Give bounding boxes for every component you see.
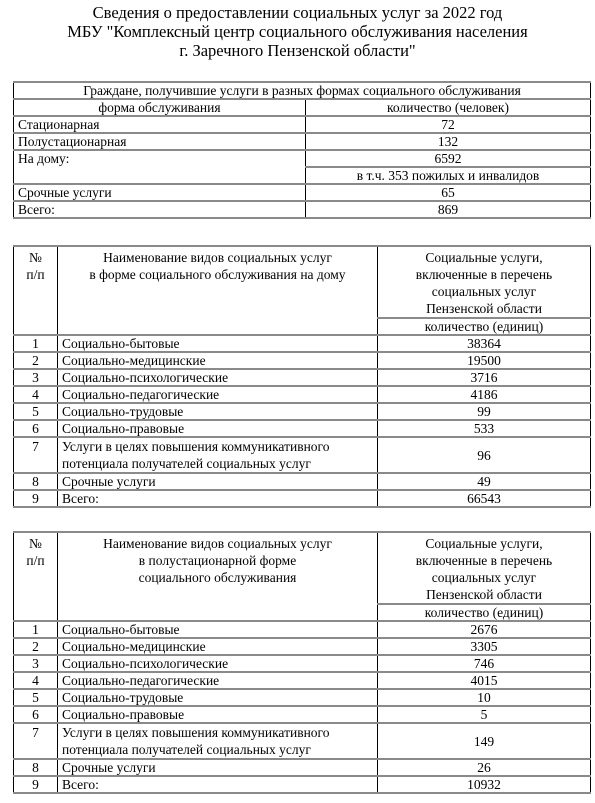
table-row: 1Социально-бытовые2676 bbox=[14, 621, 591, 638]
table-total-row: Всего: 869 bbox=[14, 201, 591, 218]
row-number-cell: 7 bbox=[14, 437, 58, 473]
service-name-cell: Социально-педагогические bbox=[58, 672, 378, 689]
column-header-service-name: Наименование видов социальных услуг в фо… bbox=[58, 246, 378, 335]
service-count-cell: 5 bbox=[378, 706, 591, 723]
service-name-cell: Социально-психологические bbox=[58, 655, 378, 672]
service-name-cell: Социально-правовые bbox=[58, 706, 378, 723]
service-count-cell: 533 bbox=[378, 420, 591, 437]
service-name-cell: Срочные услуги bbox=[58, 473, 378, 490]
title-line-3: г. Заречного Пензенской области" bbox=[0, 41, 595, 60]
row-number-cell: 3 bbox=[14, 655, 58, 672]
table-row: 4Социально-педагогические4015 bbox=[14, 672, 591, 689]
table-header-row: форма обслуживания количество (человек) bbox=[14, 99, 591, 116]
row-number-cell: 7 bbox=[14, 723, 58, 759]
table-header-row: № п/п Наименование видов социальных услу… bbox=[14, 532, 591, 604]
row-number-cell: 6 bbox=[14, 706, 58, 723]
service-count-cell: 49 bbox=[378, 473, 591, 490]
table-row: 3Социально-психологические3716 bbox=[14, 369, 591, 386]
form-cell: Полустационарная bbox=[14, 133, 306, 150]
service-name-cell: Социально-трудовые bbox=[58, 403, 378, 420]
service-count-cell: 746 bbox=[378, 655, 591, 672]
table-row: 2Социально-медицинские3305 bbox=[14, 638, 591, 655]
table-body: 1Социально-бытовые383642Социально-медици… bbox=[14, 335, 591, 507]
table-row: 8Срочные услуги26 bbox=[14, 759, 591, 776]
service-name-cell: Социально-бытовые bbox=[58, 621, 378, 638]
row-number-cell: 8 bbox=[14, 473, 58, 490]
table-row: Полустационарная 132 bbox=[14, 133, 591, 150]
form-cell: На дому: bbox=[14, 150, 306, 184]
service-name-cell: Социально-медицинские bbox=[58, 638, 378, 655]
table-row: 5Социально-трудовые10 bbox=[14, 689, 591, 706]
service-count-cell: 149 bbox=[378, 723, 591, 759]
row-number-cell: 8 bbox=[14, 759, 58, 776]
service-count-cell: 38364 bbox=[378, 335, 591, 352]
column-header-form: форма обслуживания bbox=[14, 99, 306, 116]
table-row: На дому: 6592 bbox=[14, 150, 591, 167]
row-number-cell: 1 bbox=[14, 621, 58, 638]
column-header-number: № п/п bbox=[14, 246, 58, 335]
column-header-units: количество (единиц) bbox=[378, 318, 591, 335]
service-name-cell: Социально-медицинские bbox=[58, 352, 378, 369]
service-name-cell: Социально-психологические bbox=[58, 369, 378, 386]
table-caption-row: Граждане, получившие услуги в разных фор… bbox=[14, 82, 591, 99]
service-count-cell: 10 bbox=[378, 689, 591, 706]
table-row: Срочные услуги 65 bbox=[14, 184, 591, 201]
service-count-cell: 96 bbox=[378, 437, 591, 473]
home-services-table: № п/п Наименование видов социальных услу… bbox=[13, 245, 591, 508]
service-count-cell: 4186 bbox=[378, 386, 591, 403]
service-count-cell: 26 bbox=[378, 759, 591, 776]
service-count-cell: 2676 bbox=[378, 621, 591, 638]
row-number-cell: 3 bbox=[14, 369, 58, 386]
row-number-cell: 9 bbox=[14, 776, 58, 793]
service-count-cell: 66543 bbox=[378, 490, 591, 507]
service-name-cell: Социально-правовые bbox=[58, 420, 378, 437]
row-number-cell: 4 bbox=[14, 386, 58, 403]
column-header-units: количество (единиц) bbox=[378, 604, 591, 621]
service-count-cell: 4015 bbox=[378, 672, 591, 689]
service-count-cell: 3305 bbox=[378, 638, 591, 655]
count-note-cell: в т.ч. 353 пожилых и инвалидов bbox=[306, 167, 591, 184]
table-row: 5Социально-трудовые99 bbox=[14, 403, 591, 420]
service-name-cell: Социально-педагогические bbox=[58, 386, 378, 403]
form-cell: Срочные услуги bbox=[14, 184, 306, 201]
count-cell: 65 bbox=[306, 184, 591, 201]
service-name-cell: Всего: bbox=[58, 776, 378, 793]
service-name-cell: Срочные услуги bbox=[58, 759, 378, 776]
table-total-row: 9Всего:66543 bbox=[14, 490, 591, 507]
service-count-cell: 99 bbox=[378, 403, 591, 420]
table-row: 4Социально-педагогические4186 bbox=[14, 386, 591, 403]
count-cell: 72 bbox=[306, 116, 591, 133]
service-count-cell: 10932 bbox=[378, 776, 591, 793]
table-row: 6Социально-правовые5 bbox=[14, 706, 591, 723]
column-header-services: Социальные услуги, включенные в перечень… bbox=[378, 532, 591, 604]
count-cell: 6592 bbox=[306, 150, 591, 167]
citizens-by-form-table: Граждане, получившие услуги в разных фор… bbox=[13, 81, 591, 219]
row-number-cell: 5 bbox=[14, 689, 58, 706]
row-number-cell: 2 bbox=[14, 638, 58, 655]
form-cell: Стационарная bbox=[14, 116, 306, 133]
title-line-2: МБУ "Комплексный центр социального обслу… bbox=[0, 22, 595, 41]
count-cell: 869 bbox=[306, 201, 591, 218]
service-name-cell: Социально-бытовые bbox=[58, 335, 378, 352]
service-count-cell: 19500 bbox=[378, 352, 591, 369]
semistationary-services-table: № п/п Наименование видов социальных услу… bbox=[13, 531, 591, 794]
column-header-count: количество (человек) bbox=[306, 99, 591, 116]
table-body: 1Социально-бытовые26762Социально-медицин… bbox=[14, 621, 591, 793]
table-header-row: № п/п Наименование видов социальных услу… bbox=[14, 246, 591, 318]
table-row: 6Социально-правовые533 bbox=[14, 420, 591, 437]
row-number-cell: 9 bbox=[14, 490, 58, 507]
service-name-cell: Всего: bbox=[58, 490, 378, 507]
row-number-cell: 5 bbox=[14, 403, 58, 420]
row-number-cell: 2 bbox=[14, 352, 58, 369]
table-total-row: 9Всего:10932 bbox=[14, 776, 591, 793]
row-number-cell: 6 bbox=[14, 420, 58, 437]
table-row: 7Услуги в целях повышения коммуникативно… bbox=[14, 723, 591, 759]
document-title: Сведения о предоставлении социальных усл… bbox=[0, 3, 595, 60]
table-row: 7Услуги в целях повышения коммуникативно… bbox=[14, 437, 591, 473]
table-caption: Граждане, получившие услуги в разных фор… bbox=[14, 82, 591, 99]
column-header-services: Социальные услуги, включенные в перечень… bbox=[378, 246, 591, 318]
service-name-cell: Услуги в целях повышения коммуникативног… bbox=[58, 437, 378, 473]
table-row: Стационарная 72 bbox=[14, 116, 591, 133]
table-row: 3Социально-психологические746 bbox=[14, 655, 591, 672]
row-number-cell: 1 bbox=[14, 335, 58, 352]
table-row: 1Социально-бытовые38364 bbox=[14, 335, 591, 352]
form-cell: Всего: bbox=[14, 201, 306, 218]
title-line-1: Сведения о предоставлении социальных усл… bbox=[0, 3, 595, 22]
service-name-cell: Услуги в целях повышения коммуникативног… bbox=[58, 723, 378, 759]
row-number-cell: 4 bbox=[14, 672, 58, 689]
table-row: 8Срочные услуги49 bbox=[14, 473, 591, 490]
service-count-cell: 3716 bbox=[378, 369, 591, 386]
column-header-service-name: Наименование видов социальных услуг в по… bbox=[58, 532, 378, 621]
table-row: 2Социально-медицинские19500 bbox=[14, 352, 591, 369]
service-name-cell: Социально-трудовые bbox=[58, 689, 378, 706]
column-header-number: № п/п bbox=[14, 532, 58, 621]
count-cell: 132 bbox=[306, 133, 591, 150]
